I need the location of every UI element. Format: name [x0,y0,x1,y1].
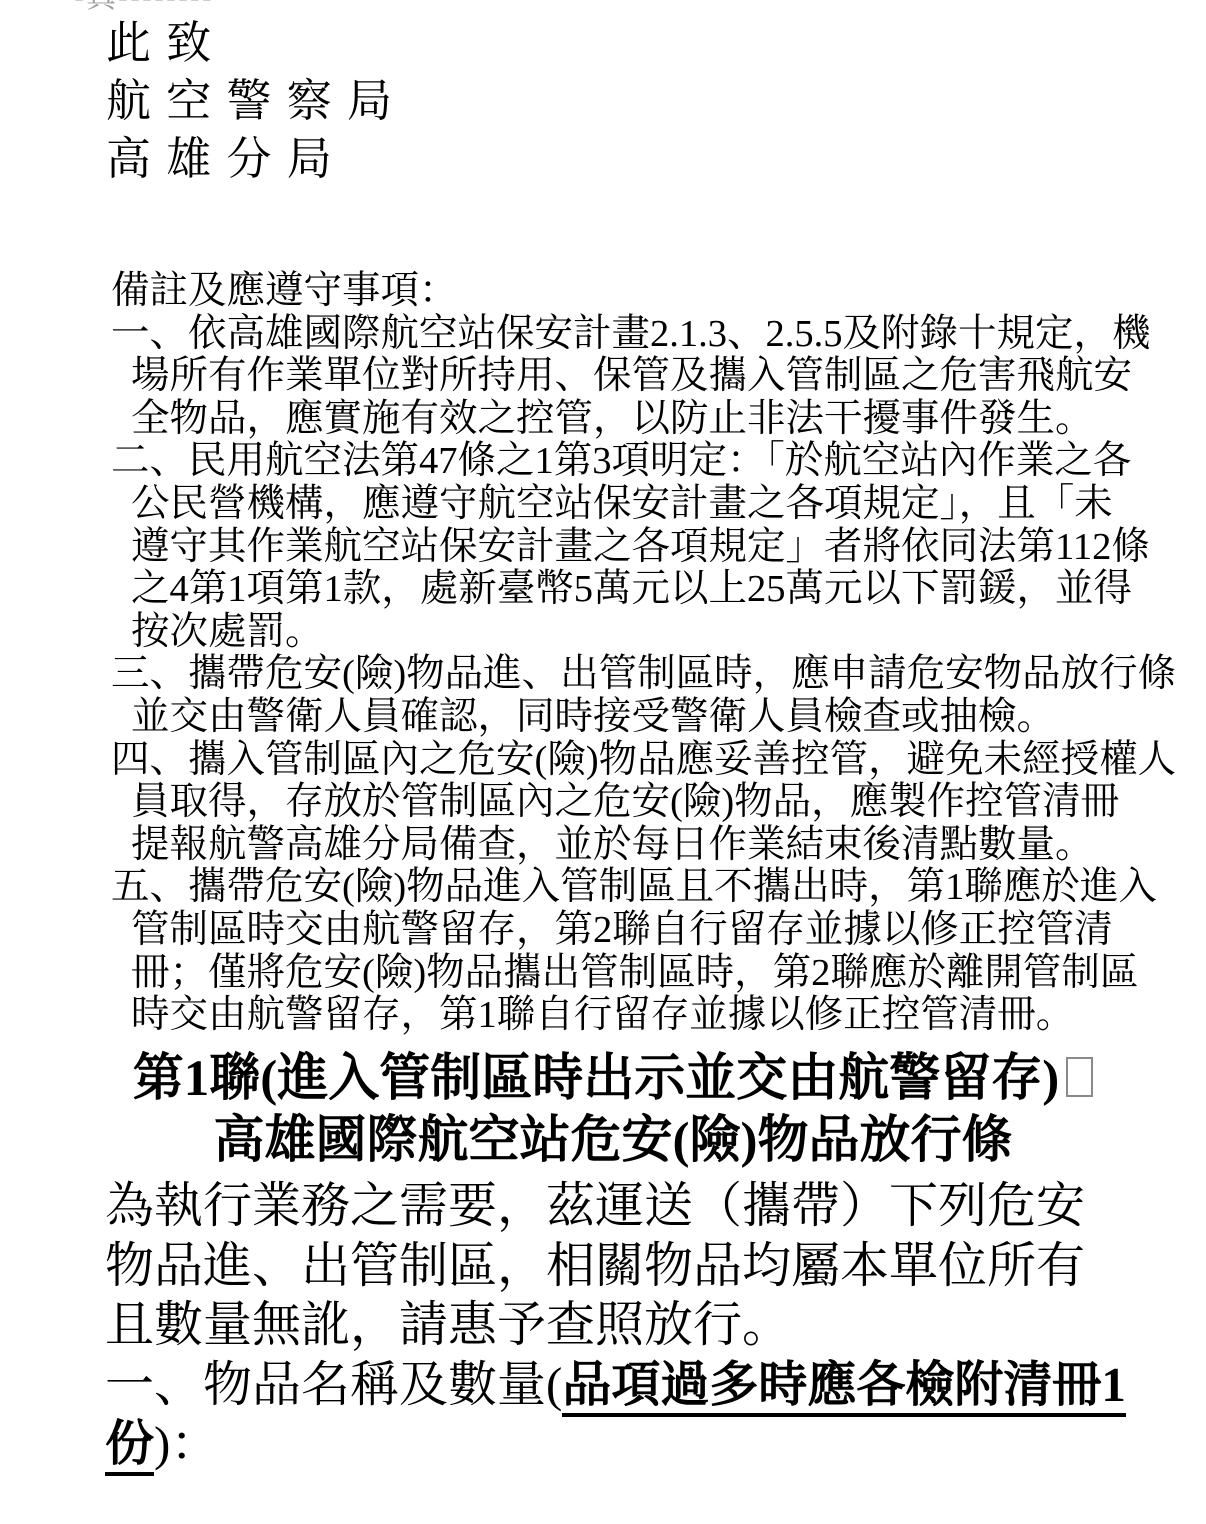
item1-emphasis-part1: 品項過多時應各檢附清冊1 [562,1357,1126,1417]
note-item-2-line-5: 按次處罰。 [111,611,1176,654]
slip-title: 高雄國際航空站危安(險)物品放行條 [0,1112,1206,1170]
note-item-4-line-3: 提報航警高雄分局備查，並於每日作業結束後清點數量。 [111,824,1176,867]
slip-body-line-3: 且數量無訛，請惠予查照放行。 [105,1295,1126,1355]
note-item-2-line-2: 公民營機構，應遵守航空站保安計畫之各項規定」，且「未 [111,483,1176,526]
item1-emphasis-part2: 份 [105,1416,154,1476]
note-item-5-line-2: 管制區時交由航警留存，第2聯自行留存並據以修正控管清 [111,909,1176,952]
addressee-block: 此 致 航 空 警 察 局 高 雄 分 局 [106,14,394,188]
page-top-torn-text: -真-------- [74,0,214,15]
note-item-4-line-2: 員取得，存放於管制區內之危安(險)物品，應製作控管清冊 [111,781,1176,824]
note-item-1-line-1: 一、依高雄國際航空站保安計畫2.1.3、2.5.5及附錄十規定，機 [111,313,1176,356]
note-item-1-line-2: 場所有作業單位對所持用、保管及攜入管制區之危害飛航安 [111,355,1176,398]
item1-suffix: )： [154,1416,219,1471]
note-item-4-line-1: 四、攜入管制區內之危安(險)物品應妥善控管，避免未經授權人 [111,739,1176,782]
note-item-1-line-3: 全物品，應實施有效之控管，以防止非法干擾事件發生。 [111,398,1176,441]
torn-text-fragment: -真-------- [74,0,214,13]
note-item-5-line-1: 五、攜帶危安(險)物品進入管制區且不攜出時，第1聯應於進入 [111,866,1176,909]
missing-glyph-box [1066,1057,1093,1097]
notes-section: 備註及應遵守事項： 一、依高雄國際航空站保安計畫2.1.3、2.5.5及附錄十規… [111,270,1176,1037]
note-item-3-line-2: 並交由警衛人員確認，同時接受警衛人員檢查或抽檢。 [111,696,1176,739]
slip-item1-line-2: 份)： [105,1414,1126,1474]
copy-header: 第1聯(進入管制區時出示並交由航警留存) [0,1050,1206,1108]
slip-item1-line-1: 一、物品名稱及數量(品項過多時應各檢附清冊1 [105,1355,1126,1415]
slip-body: 為執行業務之需要，茲運送（攜帶）下列危安 物品進、出管制區，相關物品均屬本單位所… [105,1176,1126,1474]
addressee-org-line: 航 空 警 察 局 [106,72,394,130]
slip-body-line-1: 為執行業務之需要，茲運送（攜帶）下列危安 [105,1176,1126,1236]
item1-prefix: 一、物品名稱及數量( [105,1357,562,1412]
note-item-5-line-4: 時交由航警留存，第1聯自行留存並據以修正控管清冊。 [111,994,1176,1037]
note-item-5-line-3: 冊；僅將危安(險)物品攜出管制區時，第2聯應於離開管制區 [111,952,1176,995]
addressee-branch-line: 高 雄 分 局 [106,130,394,188]
document-page: -真-------- 此 致 航 空 警 察 局 高 雄 分 局 備註及應遵守事… [0,0,1206,1524]
note-item-3-line-1: 三、攜帶危安(險)物品進、出管制區時，應申請危安物品放行條 [111,653,1176,696]
note-item-2-line-3: 遵守其作業航空站保安計畫之各項規定」者將依同法第112條 [111,526,1176,569]
note-item-2-line-1: 二、民用航空法第47條之1第3項明定：「於航空站內作業之各 [111,440,1176,483]
salutation-line: 此 致 [106,14,394,72]
copy-header-text: 第1聯(進入管制區時出示並交由航警留存) [133,1051,1059,1107]
notes-heading: 備註及應遵守事項： [111,270,1176,313]
note-item-2-line-4: 之4第1項第1款，處新臺幣5萬元以上25萬元以下罰鍰，並得 [111,568,1176,611]
slip-body-line-2: 物品進、出管制區，相關物品均屬本單位所有 [105,1236,1126,1296]
